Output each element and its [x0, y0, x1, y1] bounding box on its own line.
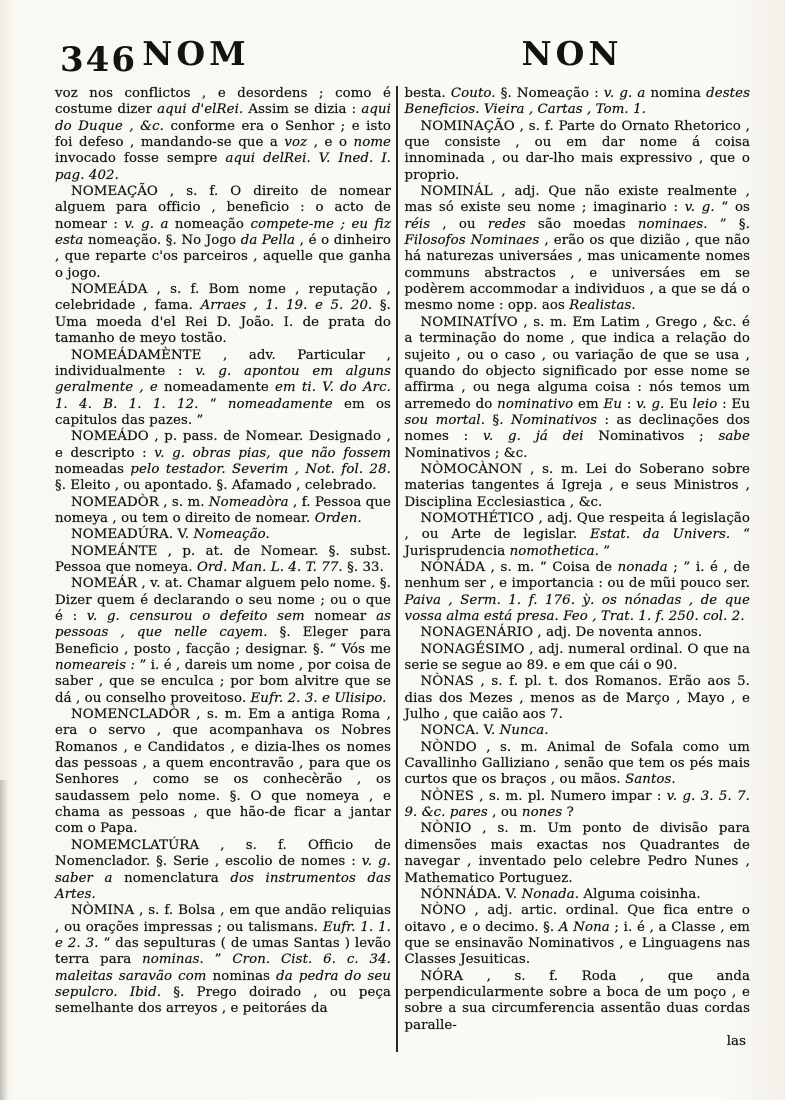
entry-paragraph: NÓRA , s. f. Roda , que anda perpendicul…	[405, 969, 751, 1034]
entry-paragraph: NOMINATÍVO , s. m. Em Latim , Grego , &c…	[405, 315, 751, 462]
entry-paragraph: NOMEÁR , v. at. Chamar alguem pelo nome.…	[55, 576, 391, 707]
entry-paragraph: NÒNDO , s. m. Animal de Sofala como um C…	[405, 740, 751, 789]
entry-paragraph: NÒMINA , s. f. Bolsa , em que andão reli…	[55, 903, 391, 1017]
entry-paragraph: NOMENCLADÒR , s. m. Em a antiga Roma , e…	[55, 707, 391, 838]
column-right: besta. Couto. §. Nomeação : v. g. a nomi…	[405, 86, 751, 1052]
entry-paragraph: NÒNO , adj. artic. ordinal. Que fica ent…	[405, 903, 751, 968]
column-rule	[396, 86, 398, 1052]
entry-paragraph: NÓNÁDA , s. m. “ Coisa de nonada ; ” i. …	[405, 560, 751, 625]
text-block: voz nos conflictos , e desordens ; como …	[55, 86, 750, 1052]
entry-paragraph: voz nos conflictos , e desordens ; como …	[55, 86, 391, 184]
entry-paragraph: NOMEÁNTE , p. at. de Nomear. §. subst. P…	[55, 544, 391, 577]
running-head-left: NOM	[0, 34, 392, 73]
entry-paragraph: NONAGÉSIMO , adj. numeral ordinal. O que…	[405, 642, 751, 675]
entry-paragraph: NÒMOCÀNON , s. m. Lei do Soberano sobre …	[405, 462, 751, 511]
entry-paragraph: NOMEAÇÃO , s. f. O direito de nomear alg…	[55, 184, 391, 282]
entry-paragraph: NONAGENÁRIO , adj. De noventa annos.	[405, 625, 751, 641]
column-left: voz nos conflictos , e desordens ; como …	[55, 86, 391, 1052]
entry-paragraph: NOMOTHÉTICO , adj. Que respeita á legisl…	[405, 511, 751, 560]
entry-paragraph: NÒNAS , s. f. pl. t. dos Romanos. Erão a…	[405, 674, 751, 723]
entry-paragraph: NÓNNÁDA. V. Nonada. Alguma coisinha.	[405, 887, 751, 903]
entry-paragraph: NOMEADÒR , s. m. Nomeadòra , f. Pessoa q…	[55, 495, 391, 528]
entry-paragraph: NÒNIO , s. m. Um ponto de divisão para d…	[405, 821, 751, 886]
entry-paragraph: NOMEÁDA , s. f. Bom nome , reputação , c…	[55, 282, 391, 347]
entry-paragraph: NOMEÁDO , p. pass. de Nomear. Designado …	[55, 429, 391, 494]
entry-paragraph: besta. Couto. §. Nomeação : v. g. a nomi…	[405, 86, 751, 119]
entry-paragraph: NOMINAÇÃO , s. f. Parte do Ornato Rhetor…	[405, 119, 751, 184]
column-right-paragraphs: besta. Couto. §. Nomeação : v. g. a nomi…	[405, 86, 751, 1034]
entry-paragraph: NOMEMCLATÚRA , s. f. Officio de Nomencla…	[55, 838, 391, 903]
running-head-right: NON	[392, 34, 752, 73]
catchword: las	[405, 1034, 751, 1050]
entry-paragraph: NOMEÁDAMÈNTE , adv. Particular , individ…	[55, 348, 391, 430]
entry-paragraph: NONCA. V. Nunca.	[405, 723, 751, 739]
dictionary-page: 346 NOM NON voz nos conflictos , e desor…	[0, 0, 785, 1100]
entry-paragraph: NOMINÁL , adj. Que não existe realmente …	[405, 184, 751, 315]
entry-paragraph: NOMEADÚRA. V. Nomeação.	[55, 527, 391, 543]
page-header: 346 NOM NON	[0, 34, 785, 82]
entry-paragraph: NÒNES , s. m. pl. Numero impar : v. g. 3…	[405, 789, 751, 822]
